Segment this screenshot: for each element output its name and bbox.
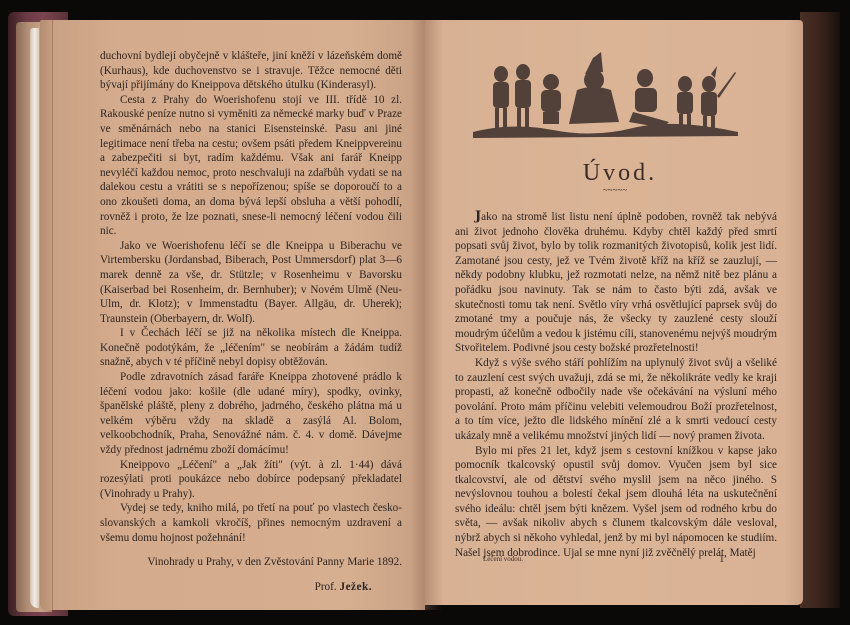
paragraph: Kneippovo „Léčení" a „Jak žíti" (výt. à … <box>100 458 402 502</box>
left-page-text: duchovní bydlejí obyčejně v klášteře, ji… <box>100 49 402 594</box>
signature-mark: Léčení vodou. <box>483 555 523 563</box>
right-page-text: Jako na stromě list listu není úplně pod… <box>455 210 777 560</box>
paragraph: I v Čechách léčí se již na několika míst… <box>100 326 402 370</box>
paragraph: Jako na stromě list listu není úplně pod… <box>455 210 777 356</box>
paragraph: Když s výše svého stáří pohlížím na uply… <box>455 356 777 444</box>
book-cover-right <box>800 12 840 608</box>
page-number: 1 <box>719 553 725 565</box>
flyleaf-edge <box>30 28 39 608</box>
title-ornament: ~~~~~ <box>600 187 630 193</box>
paragraph: Jako ve Woerishofenu léčí se dle Kneippa… <box>100 239 402 327</box>
children-engraving-illustration <box>473 52 738 140</box>
paragraph: Vydej se tedy, kniho milá, po třetí na p… <box>100 501 402 545</box>
paragraph: duchovní bydlejí obyčejně v klášteře, ji… <box>100 49 402 93</box>
paragraph-text: ako na stromě list listu není úplně podo… <box>455 211 777 354</box>
place-date: Vinohrady u Prahy, v den Zvěstování Pann… <box>100 555 402 570</box>
paragraph: Cesta z Prahy do Woerishofenu stojí ve I… <box>100 93 402 239</box>
signature-name: Ježek. <box>339 581 372 593</box>
chapter-title: Úvod. <box>560 160 680 187</box>
paragraph: Bylo mi přes 21 let, když jsem s cestovn… <box>455 444 777 561</box>
paragraph: Podle zdravotních zásad faráře Kneippa z… <box>100 370 402 458</box>
signature-prefix: Prof. <box>315 581 337 593</box>
book-gutter <box>412 20 442 610</box>
signature: Prof. Ježek. <box>100 580 402 595</box>
